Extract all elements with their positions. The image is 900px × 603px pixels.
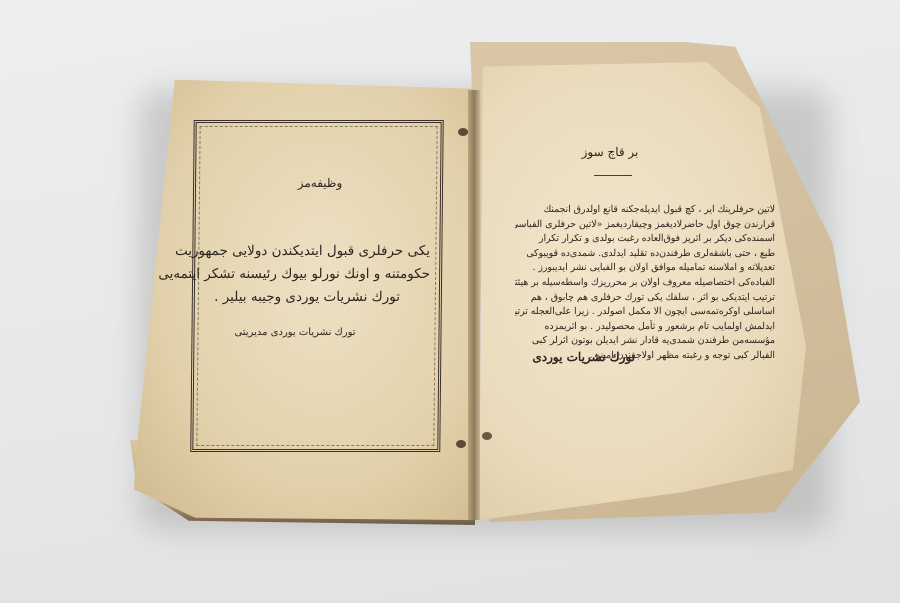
decorative-border-frame xyxy=(190,120,443,452)
right-page-signature: تورك نشریات یوردی xyxy=(545,350,635,364)
right-page-heading: بر قاچ سوز xyxy=(570,145,650,159)
right-body-line: اسمنده‌کی دیکر بر اثریز فوق‌العاده رغبت … xyxy=(515,232,775,247)
heading-rule xyxy=(594,175,632,176)
right-body-line: الفباده‌کی اختصاصیله معروف اولان بر محرر… xyxy=(515,276,775,291)
binding-hole-top xyxy=(458,128,468,136)
frame-inner-line xyxy=(196,126,437,446)
right-body-line: ترتیب ایتدیکی بو اثر ، سلفك یکی تورك حرف… xyxy=(515,291,775,306)
book-spine-gutter xyxy=(468,90,480,520)
right-body-line: تعدیلاته و املاسنه تمامیله موافق اولان ب… xyxy=(515,261,775,276)
right-page-body: لاتین حرفلرینك ایر ، کچ قبول ایدیله‌جکنه… xyxy=(515,203,775,364)
right-body-line: طبع ، حتی باشقه‌لری طرفندن‌ده تقلید ایدل… xyxy=(515,247,775,262)
right-body-line: قرارندن چوق اول حاضرلادیغمز وچیقاردیغمز … xyxy=(515,218,775,233)
left-body-line-2: حکومتنه و اونك نورلو بیوك رئیسنه تشکر ای… xyxy=(205,266,430,282)
right-body-line: ایدلمش اولمایب تام برشعور و تأمل محصولید… xyxy=(515,320,775,335)
left-page-heading: وظیفه‌مز xyxy=(280,176,360,190)
left-body-line-1: یکی حرفلری قبول ایتدیکندن دولایی جمهوریت xyxy=(205,243,430,259)
book-photo: وظیفه‌مز یکی حرفلری قبول ایتدیکندن دولای… xyxy=(0,0,900,603)
left-page-signature: تورك نشریات یوردی مدیریتی xyxy=(220,327,370,338)
right-body-line: مؤسسه‌من طرفندن شمدی‌یه قادار نشر ایدیلن… xyxy=(515,334,775,349)
binding-hole-right xyxy=(482,432,492,440)
right-body-line: اساسلی اوکره‌تمه‌سی ایچون الا مکمل اصولد… xyxy=(515,305,775,320)
left-body-line-3: تورك نشریات یوردی وجیبه بیلیر . xyxy=(225,289,400,305)
binding-hole-bottom xyxy=(456,440,466,448)
right-body-line: لاتین حرفلرینك ایر ، کچ قبول ایدیله‌جکنه… xyxy=(515,203,775,218)
